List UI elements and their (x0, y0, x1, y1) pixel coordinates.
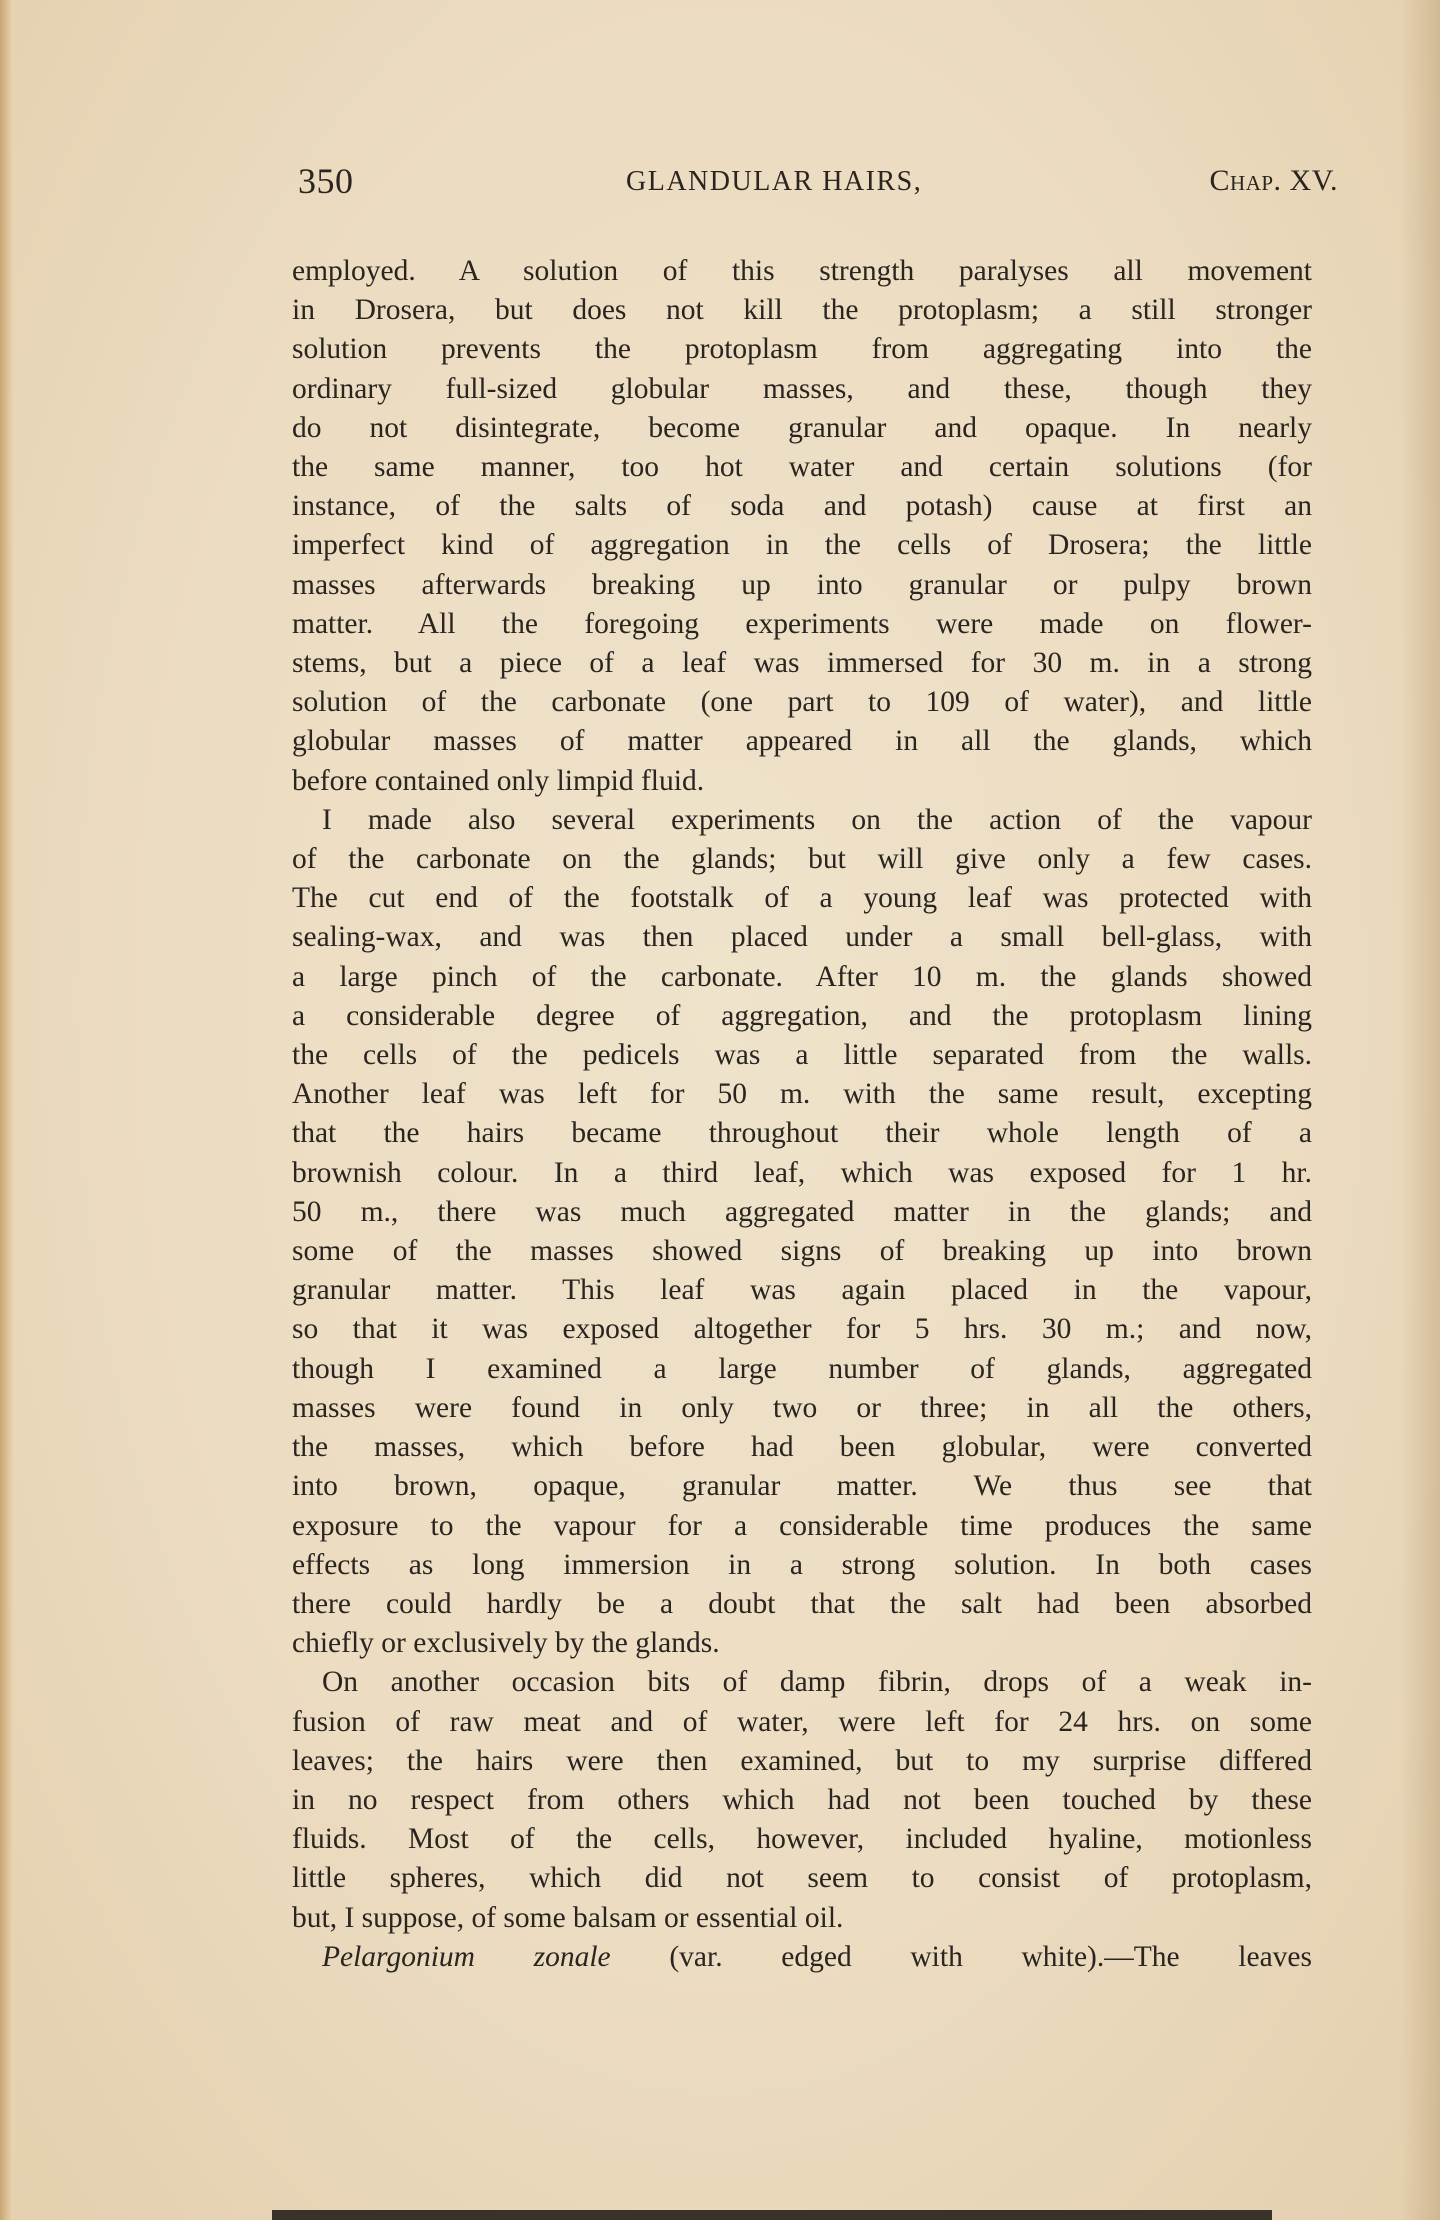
text-line: in no respect from others which had not … (292, 1781, 1312, 1820)
text-line: Another leaf was left for 50 m. with the… (292, 1075, 1312, 1114)
page-number: 350 (298, 160, 354, 202)
paragraph-1: employed. A solution of this strength pa… (292, 252, 1312, 801)
paragraph-4: Pelargonium zonale (var. edged with whit… (292, 1938, 1312, 1977)
text-line: sealing-wax, and was then placed under a… (292, 918, 1312, 957)
species-name: Pelargonium zonale (322, 1941, 611, 1973)
text-line: there could hardly be a doubt that the s… (292, 1585, 1312, 1624)
text-line: effects as long immersion in a strong so… (292, 1546, 1312, 1585)
text-line: the masses, which before had been globul… (292, 1428, 1312, 1467)
text-line: I made also several experiments on the a… (292, 801, 1312, 840)
page-header: 350 GLANDULAR HAIRS, Chap. XV. (298, 160, 1338, 210)
text-fragment: (var. edged with white).—The leaves (611, 1941, 1312, 1973)
text-line: 50 m., there was much aggregated matter … (292, 1193, 1312, 1232)
text-line: the cells of the pedicels was a little s… (292, 1036, 1312, 1075)
page-bottom-shadow (272, 2210, 1272, 2220)
text-line: leaves; the hairs were then examined, bu… (292, 1742, 1312, 1781)
text-line: matter. All the foregoing experiments we… (292, 605, 1312, 644)
text-line: solution prevents the protoplasm from ag… (292, 330, 1312, 369)
text-line: a large pinch of the carbonate. After 10… (292, 958, 1312, 997)
text-line: Pelargonium zonale (var. edged with whit… (292, 1938, 1312, 1977)
text-line: in Drosera, but does not kill the protop… (292, 291, 1312, 330)
text-line: employed. A solution of this strength pa… (292, 252, 1312, 291)
book-page: 350 GLANDULAR HAIRS, Chap. XV. employed.… (0, 0, 1440, 2220)
page-edge-left (0, 0, 14, 2220)
text-line: The cut end of the footstalk of a young … (292, 879, 1312, 918)
text-line: of the carbonate on the glands; but will… (292, 840, 1312, 879)
text-line: fusion of raw meat and of water, were le… (292, 1703, 1312, 1742)
text-line: little spheres, which did not seem to co… (292, 1859, 1312, 1898)
text-line: exposure to the vapour for a considerabl… (292, 1507, 1312, 1546)
text-line: ordinary full-sized globular masses, and… (292, 370, 1312, 409)
text-line: instance, of the salts of soda and potas… (292, 487, 1312, 526)
paragraph-2: I made also several experiments on the a… (292, 801, 1312, 1663)
text-line: granular matter. This leaf was again pla… (292, 1271, 1312, 1310)
text-line: masses were found in only two or three; … (292, 1389, 1312, 1428)
text-line: stems, but a piece of a leaf was immerse… (292, 644, 1312, 683)
page-edge-right (1400, 0, 1440, 2220)
text-line: a considerable degree of aggregation, an… (292, 997, 1312, 1036)
text-line: masses afterwards breaking up into granu… (292, 566, 1312, 605)
running-title: GLANDULAR HAIRS, (626, 166, 922, 198)
text-line: the same manner, too hot water and certa… (292, 448, 1312, 487)
text-line: so that it was exposed altogether for 5 … (292, 1310, 1312, 1349)
text-line: imperfect kind of aggregation in the cel… (292, 526, 1312, 565)
text-line: do not disintegrate, become granular and… (292, 409, 1312, 448)
text-line: On another occasion bits of damp fibrin,… (292, 1663, 1312, 1702)
text-line: brownish colour. In a third leaf, which … (292, 1154, 1312, 1193)
chapter-reference: Chap. XV. (1210, 164, 1338, 198)
text-line: chiefly or exclusively by the glands. (292, 1624, 1312, 1663)
text-line: into brown, opaque, granular matter. We … (292, 1467, 1312, 1506)
text-line: though I examined a large number of glan… (292, 1350, 1312, 1389)
text-line: some of the masses showed signs of break… (292, 1232, 1312, 1271)
body-text: employed. A solution of this strength pa… (292, 252, 1312, 1977)
text-line: globular masses of matter appeared in al… (292, 722, 1312, 761)
text-line: solution of the carbonate (one part to 1… (292, 683, 1312, 722)
text-line: before contained only limpid fluid. (292, 762, 1312, 801)
paragraph-3: On another occasion bits of damp fibrin,… (292, 1663, 1312, 1937)
text-line: that the hairs became throughout their w… (292, 1114, 1312, 1153)
text-line: but, I suppose, of some balsam or essent… (292, 1899, 1312, 1938)
text-line: fluids. Most of the cells, however, incl… (292, 1820, 1312, 1859)
